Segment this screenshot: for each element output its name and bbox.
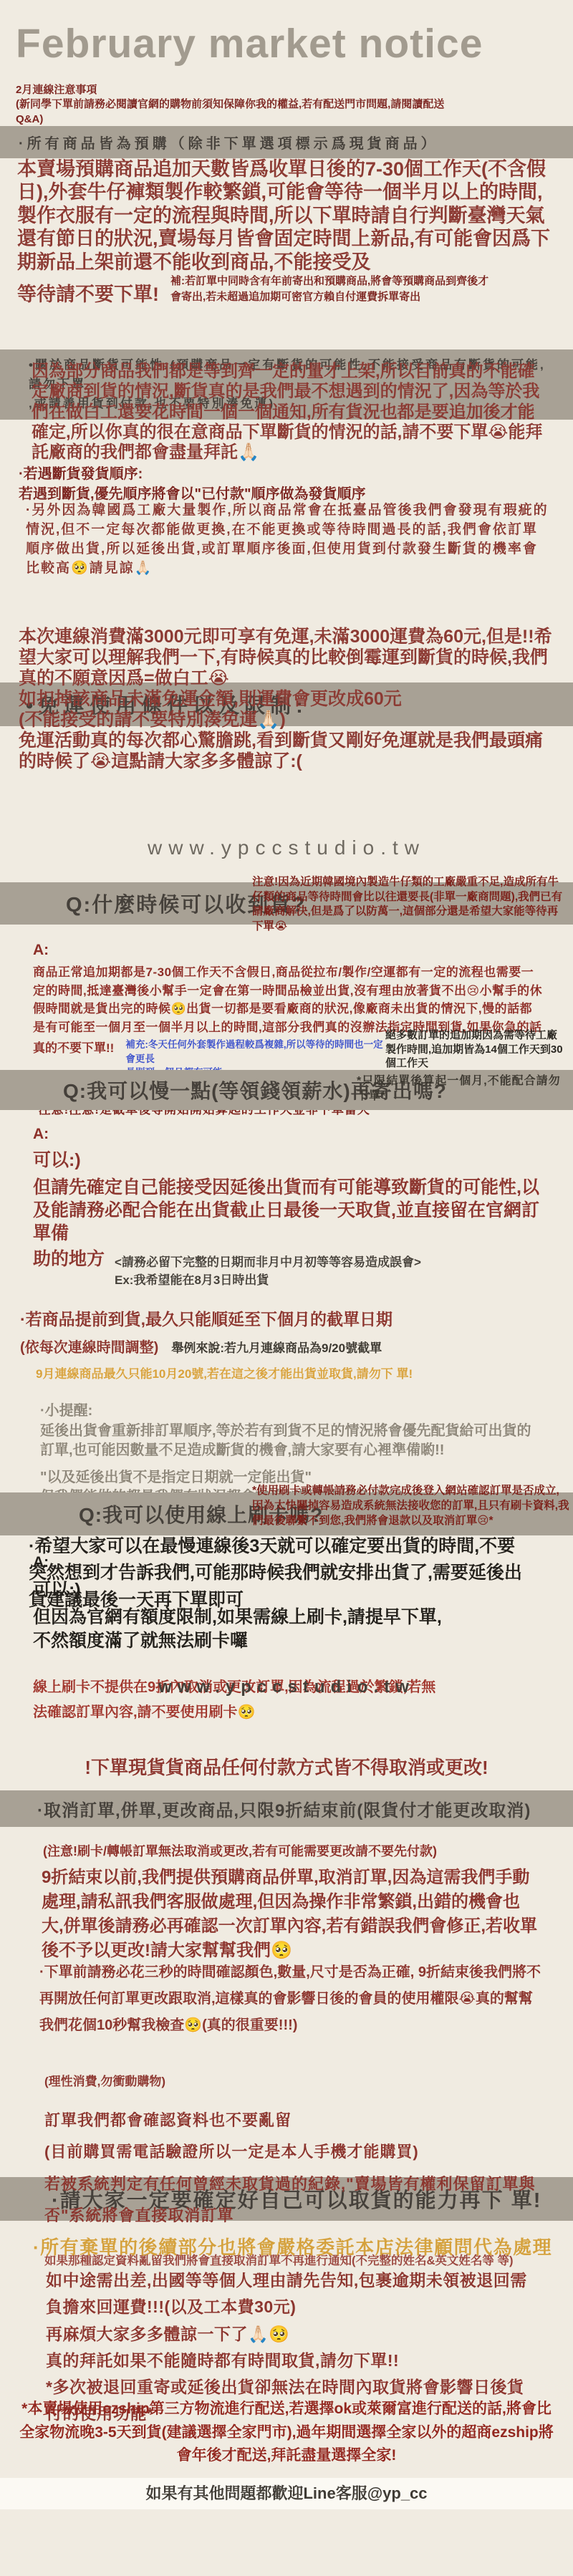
section-band-preorder: ·所有商品皆為預購（除非下單選項標示爲現貨商品） bbox=[0, 126, 573, 158]
q2-early-sub: (依每次連線時間調整) bbox=[20, 1336, 158, 1356]
q3-side-warning: *使用刷卡或轉帳請務必付款完成後登入網站確認訂單是否成立,因為太快關掉容易造成系… bbox=[252, 1484, 570, 1529]
cancel-body: 9折結束以前,我們提供預購商品併單,取消訂單,因為這需我們手動處理,請私訊我們客… bbox=[42, 1866, 540, 1963]
preorder-section: 本賣場預購商品追加天數皆爲收單日後的7-30個工作天(不含假日),外套牛仔褲類製… bbox=[17, 158, 557, 306]
ezship-note: *本賣場使用ezship第三方物流進行配送,若選擇ok或萊爾富進行配送的話,將會… bbox=[0, 2398, 573, 2468]
q1-answer-body: 商品正常追加期都是7-30個工作天不含假日,商品從拉布/製作/空運都有一定的流程… bbox=[33, 963, 544, 1036]
shop-url: www.ypccstudio.tw bbox=[0, 836, 573, 859]
cancel-note: (注意!刷卡/轉帳訂單無法取消或更改,若有可能需要更改請不要先付款) bbox=[43, 1841, 573, 1860]
cancel-section: ·取消訂單,併單,更改商品,只限9折結束前(限貨付才能更改取消) (注意!刷卡/… bbox=[0, 1790, 573, 1963]
q1-side-warning: 注意!因為近期韓國境內製造牛仔類的工廠嚴重不足,造成所有牛仔類的商品等待時間會比… bbox=[252, 875, 567, 934]
shop-url-2: www.ypccstudio.tw bbox=[0, 1677, 573, 1697]
q3-answer-yes: 可以:) bbox=[33, 1576, 573, 1601]
market-notice-page: February market notice 2月連線注意事項 (新同學下單前請… bbox=[0, 0, 573, 2576]
preorder-body-last: 等待請不要下單! bbox=[17, 283, 159, 306]
q2-early-head: ·若商品提前到貨,最久只能順延至下個月的截單日期 bbox=[20, 1306, 573, 1330]
q2-answer-yes: 可以:) bbox=[33, 1146, 573, 1172]
defect-note: ·另外因為韓國爲工廠大量製作,所以商品常會在抵臺品管後我們會發現有瑕疵的情況,但… bbox=[26, 501, 550, 579]
q3-answer-body: 但因為官網有額度限制,如果需線上刷卡,請提早下單,不然額度滿了就無法刷卡囉 bbox=[33, 1606, 456, 1652]
q1-answer-last: 真的不要下單!! bbox=[33, 1038, 114, 1056]
q1-side-note: 絕多數訂單的追加期因為需等待工廠製作時間,追加期皆為14個工作天到30個工作天 bbox=[385, 1028, 567, 1071]
q3-answer-label: A: bbox=[33, 1554, 573, 1571]
q2-tip-example: Ex:我希望能在8月3日時出貨 bbox=[115, 1273, 269, 1287]
q2-early-row: (依每次連線時間調整) 舉例來說:若九月連線商品為9/20號截單 bbox=[20, 1336, 573, 1356]
pickup-sub: (理性消費,勿衝動購物) bbox=[44, 2071, 536, 2089]
q2-answer-last: 助的地方 bbox=[33, 1245, 105, 1270]
stockout-body: 因為部分商品我們都是等到齊一定的量才上架,所以目前真的不能確定廠商到貨的情況,斷… bbox=[32, 362, 544, 463]
q2-reminder-head: ·小提醒: bbox=[40, 1402, 541, 1422]
shipping-body: 本次連線消費滿3000元即可享有免運,未滿3000運費為60元,但是!!希望大家… bbox=[19, 627, 553, 772]
preorder-body: 本賣場預購商品追加天數皆爲收單日後的7-30個工作天(不含假日),外套牛仔褲類製… bbox=[17, 158, 550, 273]
pickup-rules: 訂單我們都會確認資料也不要亂留 (目前購買需電話驗證所以一定是本人手機才能購買)… bbox=[44, 2105, 536, 2232]
cancel-band: ·取消訂單,併單,更改商品,只限9折結束前(限貨付才能更改取消) bbox=[0, 1790, 573, 1827]
q2-tip-date: <請務必留下完整的日期而非月中月初等等容易造成誤會> bbox=[115, 1255, 421, 1269]
page-title: February market notice bbox=[16, 20, 483, 67]
q2-yellow-warning: 9月連線商品最久只能10月20號,若在這之後才能出貨並取貨,請勿下 單! bbox=[36, 1364, 573, 1381]
q2-early-example: 舉例來說:若九月連線商品為9/20號截單 bbox=[171, 1338, 382, 1356]
stockout-order: ·若遇斷貨發貨順序: 若遇到斷貨,優先順序將會以"已付款"順序做為發貨順序 bbox=[19, 464, 366, 504]
stockout-order-head: ·若遇斷貨發貨順序: bbox=[19, 464, 366, 484]
q2-reminder-body: 延後出貨會重新排訂單順序,等於若有到貨不足的情況將會優先配貨給可出貨的訂單,也可… bbox=[40, 1422, 541, 1461]
page-subtitle: 2月連線注意事項 (新同學下單前請務必閱讀官網的購物前須知保障你我的權益,若有配… bbox=[16, 83, 444, 127]
q1-answer-label: A: bbox=[33, 942, 573, 959]
q2-answer-label: A: bbox=[33, 1126, 573, 1143]
no-change-warning: !下單現貨貨商品任何付款方式皆不得取消或更改! bbox=[0, 1753, 573, 1780]
preorder-note: 補:若訂單中同時含有年前寄出和預購商品,將會等預購商品到齊後才會寄出,若未超過追… bbox=[170, 274, 490, 307]
q2-answer-body: 但請先確定自己能接受因延後出貨而有可能導致斷貨的可能性,以及能請務必配合能在出貨… bbox=[33, 1176, 540, 1245]
footer-contact-band: 如果有其他問題都歡迎Line客服@yp_cc bbox=[0, 2478, 573, 2509]
q2-tips: <請務必留下完整的日期而非月中月初等等容易造成誤會> Ex:我希望能在8月3日時… bbox=[115, 1245, 421, 1288]
q2-band-note: *只限結單後算起一個月,不能配合請勿下單* bbox=[357, 1074, 570, 1104]
legal-warning: ·所有棄單的後續部分也將會嚴格委託本店法律顧問代為處理 bbox=[33, 2233, 552, 2259]
order-check-note: ·下單前請務必花三秒的時間確認顏色,數量,尺寸是否為正確, 9折結束後我們將不再… bbox=[39, 1959, 546, 2039]
